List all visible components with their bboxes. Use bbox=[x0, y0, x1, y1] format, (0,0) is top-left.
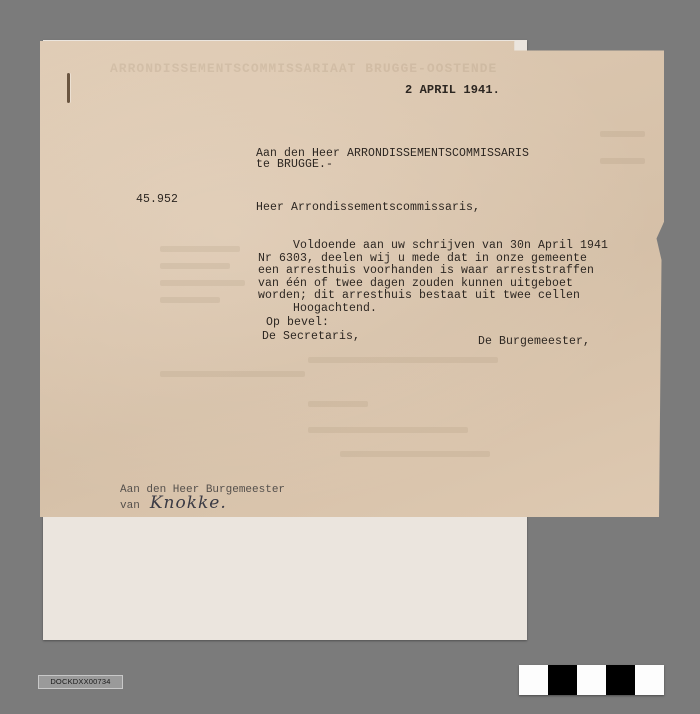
letter-date: 2 APRIL 1941. bbox=[405, 85, 500, 96]
bleed-through-text bbox=[600, 131, 645, 137]
addressee-block: Aan den Heer ARRONDISSEMENTSCOMMISSARISt… bbox=[256, 148, 529, 170]
bleed-through-text bbox=[160, 263, 230, 269]
letterhead-bleed-through: ARRONDISSEMENTSCOMMISSARIAAT BRUGGE-OOST… bbox=[110, 61, 497, 76]
bleed-through-text bbox=[308, 427, 468, 433]
body-line: worden; dit arresthuis bestaat uit twee … bbox=[258, 290, 608, 303]
bleed-through-text bbox=[308, 357, 498, 363]
archive-id-label: DOCKDXX00734 bbox=[38, 675, 123, 689]
bleed-through-text bbox=[160, 371, 305, 377]
calibration-square-black bbox=[606, 665, 635, 695]
calibration-square-white bbox=[519, 665, 548, 695]
secretary-signature: De Secretaris, bbox=[262, 331, 360, 342]
letter-sheet: ARRONDISSEMENTSCOMMISSARIAAT BRUGGE-OOST… bbox=[40, 41, 664, 517]
body-line: Hoogachtend. bbox=[258, 303, 608, 316]
bleed-through-signature bbox=[340, 451, 490, 457]
bleed-through-text bbox=[308, 401, 368, 407]
letter-body: Voldoende aan uw schrijven van 30n April… bbox=[258, 240, 608, 315]
bleed-through-text bbox=[160, 297, 220, 303]
salutation: Heer Arrondissementscommissaris, bbox=[256, 202, 480, 213]
body-line: een arresthuis voorhanden is waar arrest… bbox=[258, 265, 608, 278]
back-sheet-address: Aan den Heer Burgemeester vanKnokke. bbox=[120, 484, 285, 513]
bleed-through-text bbox=[160, 246, 240, 252]
calibration-square-black bbox=[548, 665, 577, 695]
order-label: Op bevel: bbox=[266, 317, 329, 328]
handwritten-place: Knokke. bbox=[150, 493, 227, 513]
calibration-square-white bbox=[577, 665, 606, 695]
back-address-line: vanKnokke. bbox=[120, 497, 285, 513]
staple-hole bbox=[67, 73, 70, 103]
calibration-color-bar bbox=[519, 665, 664, 695]
body-line: Voldoende aan uw schrijven van 30n April… bbox=[258, 240, 608, 253]
reference-number: 45.952 bbox=[136, 194, 178, 205]
calibration-square-white bbox=[635, 665, 664, 695]
bleed-through-text bbox=[160, 280, 245, 286]
addressee-line: te BRUGGE.- bbox=[256, 159, 529, 170]
mayor-signature: De Burgemeester, bbox=[478, 336, 590, 347]
back-address-prefix: van bbox=[120, 500, 140, 512]
bleed-through-text bbox=[600, 158, 645, 164]
